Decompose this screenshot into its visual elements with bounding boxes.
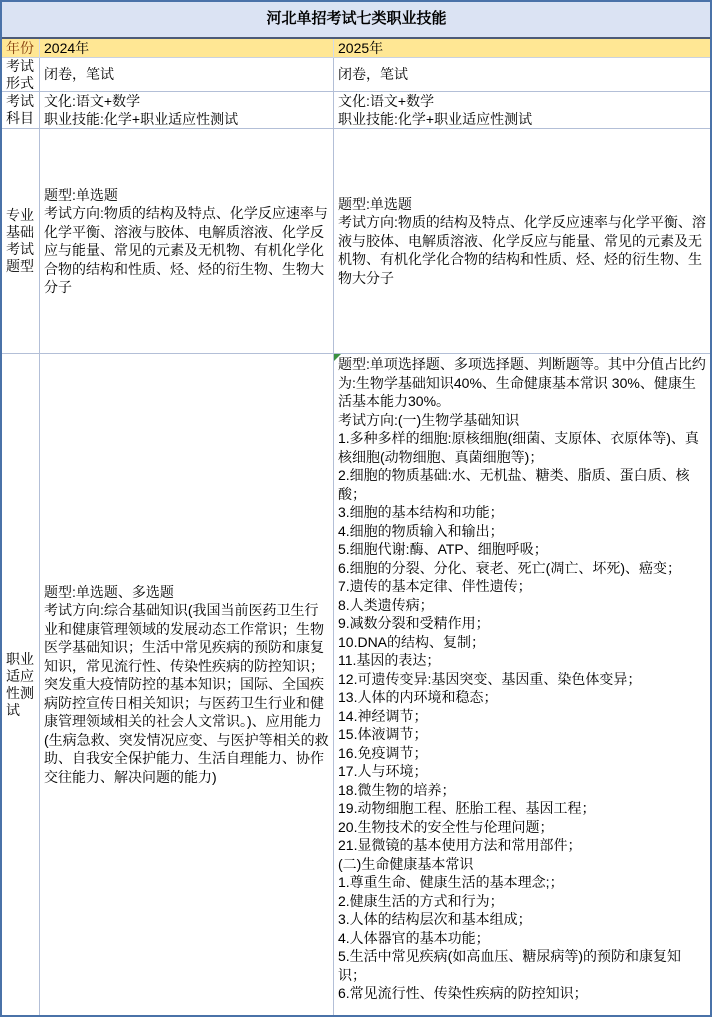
exam-subjects-2025-cell: 文化:语文+数学 职业技能:化学+职业适应性测试 [334,92,710,129]
aptitude-test-label: 职业 适应 性测 试 [6,651,36,719]
exam-subjects-2025-text: 文化:语文+数学 职业技能:化学+职业适应性测试 [338,92,707,129]
aptitude-test-2024-text: 题型:单选题、多选题 考试方向:综合基础知识(我国当前医药卫生行业和健康管理领域… [44,583,330,787]
year-2024-header: 2024年 [40,39,334,58]
exam-comparison-table: 河北单招考试七类职业技能 年份 2024年 2025年 考试 形式 闭卷，笔试 … [0,0,712,1017]
exam-form-2024-cell: 闭卷，笔试 [40,58,334,92]
row-header-aptitude-test: 职业 适应 性测 试 [2,354,40,1015]
basic-exam-2025-text: 题型:单选题 考试方向:物质的结构及特点、化学反应速率与化学平衡、溶液与胶体、电… [338,195,707,288]
basic-exam-2024-text: 题型:单选题 考试方向:物质的结构及特点、化学反应速率与化学平衡、溶液与胶体、电… [44,186,330,297]
aptitude-test-2025-cell: 题型:单项选择题、多项选择题、判断题等。其中分值占比约为:生物学基础知识40%、… [334,354,710,1015]
aptitude-test-2024-cell: 题型:单选题、多选题 考试方向:综合基础知识(我国当前医药卫生行业和健康管理领域… [40,354,334,1015]
row-header-exam-form: 考试 形式 [2,58,40,92]
row-header-year: 年份 [2,39,40,58]
exam-form-2024-text: 闭卷，笔试 [44,65,330,84]
basic-exam-label: 专业 基础 考试 题型 [6,207,36,275]
basic-exam-2025-cell: 题型:单选题 考试方向:物质的结构及特点、化学反应速率与化学平衡、溶液与胶体、电… [334,129,710,354]
basic-exam-2024-cell: 题型:单选题 考试方向:物质的结构及特点、化学反应速率与化学平衡、溶液与胶体、电… [40,129,334,354]
exam-subjects-2024-text: 文化:语文+数学 职业技能:化学+职业适应性测试 [44,92,330,129]
row-header-basic-exam: 专业 基础 考试 题型 [2,129,40,354]
year-2025-text: 2025年 [338,39,707,57]
exam-form-label: 考试 形式 [6,58,36,92]
exam-subjects-label: 考试 科目 [6,93,36,127]
aptitude-test-2025-text: 题型:单项选择题、多项选择题、判断题等。其中分值占比约为:生物学基础知识40%、… [338,355,707,1003]
table-title-text: 河北单招考试七类职业技能 [266,10,446,29]
row-header-exam-subjects: 考试 科目 [2,92,40,129]
year-2024-text: 2024年 [44,39,330,57]
exam-form-2025-cell: 闭卷，笔试 [334,58,710,92]
year-2025-header: 2025年 [334,39,710,58]
exam-form-2025-text: 闭卷，笔试 [338,65,707,84]
table-title: 河北单招考试七类职业技能 [2,2,710,39]
cell-error-flag-icon [334,354,341,361]
year-row-label: 年份 [6,39,36,57]
exam-subjects-2024-cell: 文化:语文+数学 职业技能:化学+职业适应性测试 [40,92,334,129]
table-grid: 河北单招考试七类职业技能 年份 2024年 2025年 考试 形式 闭卷，笔试 … [2,2,710,1015]
